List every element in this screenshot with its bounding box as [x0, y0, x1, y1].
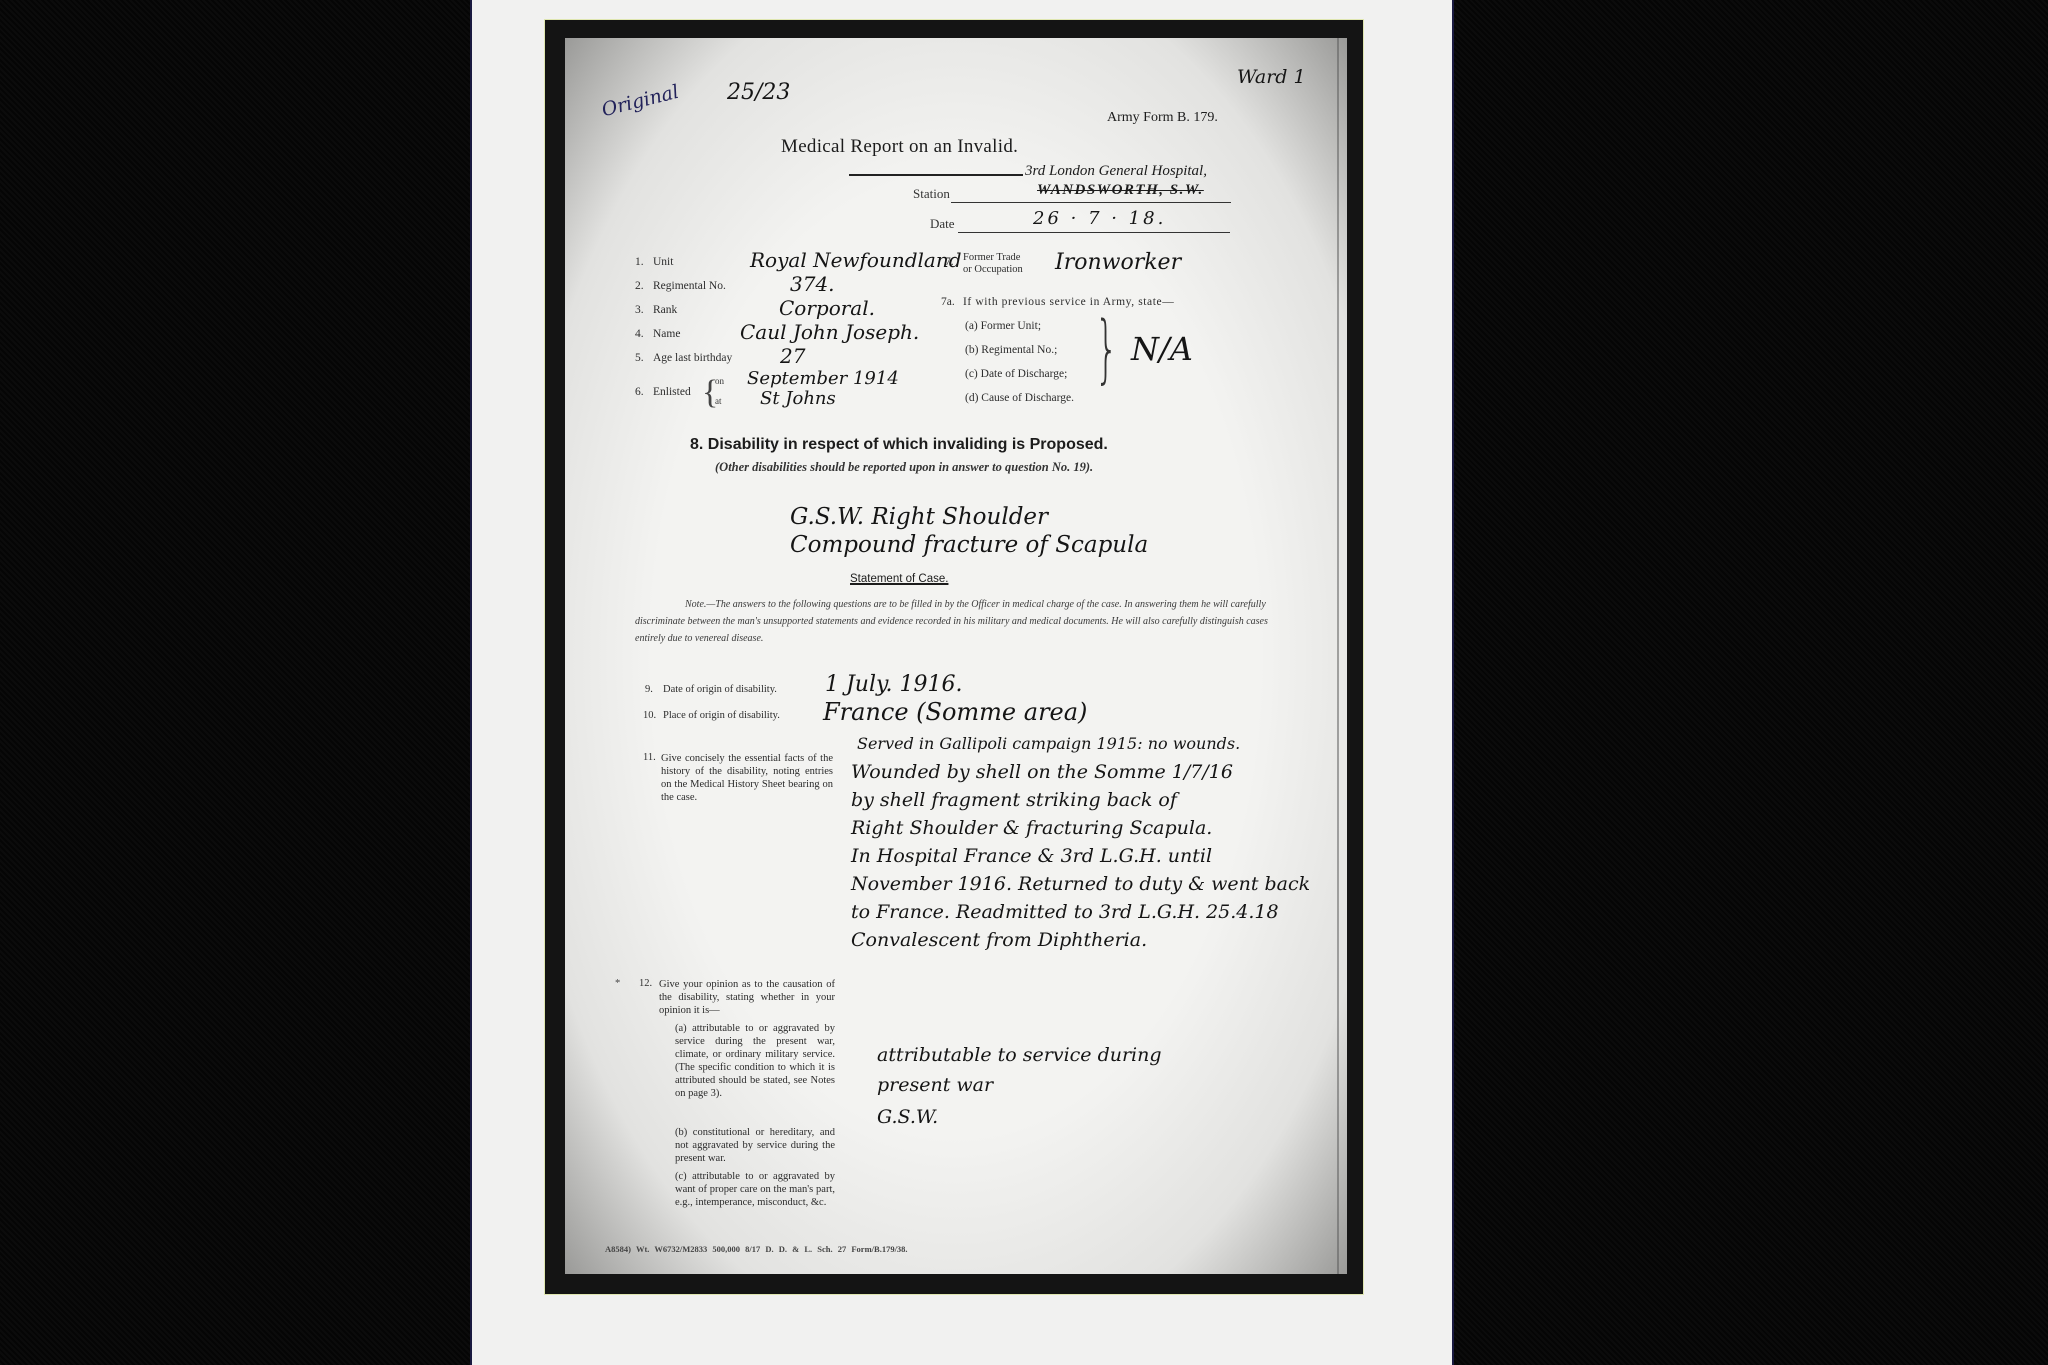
photocopy-frame: Original 25/23 Ward 1 Army Form B. 179. …	[545, 20, 1363, 1294]
q12-label: Give your opinion as to the causation of…	[659, 978, 835, 1017]
enlisted-at-label: at	[715, 396, 722, 406]
enlisted-at-value: St Johns	[760, 388, 836, 409]
q9-num: 9.	[645, 684, 653, 695]
field-unit-label: Unit	[653, 256, 673, 268]
annotation-ward: Ward 1	[1237, 66, 1306, 88]
enlisted-on-label: on	[715, 376, 724, 386]
field-rank-label: Rank	[653, 304, 677, 316]
field-regno-num: 2.	[635, 280, 644, 292]
field-age-label: Age last birthday	[653, 352, 732, 364]
q12-margin-mark: *	[615, 978, 620, 989]
form-number: Army Form B. 179.	[1107, 110, 1218, 126]
q10-label: Place of origin of disability.	[663, 710, 780, 721]
q11-label: Give concisely the essential facts of th…	[661, 752, 833, 804]
q10-value: France (Somme area)	[823, 698, 1087, 726]
prev-service-label: If with previous service in Army, state—	[963, 296, 1174, 308]
prev-item-a: (a) Former Unit;	[965, 320, 1041, 332]
history-line: to France. Readmitted to 3rd L.G.H. 25.4…	[851, 898, 1310, 926]
date-line	[958, 232, 1230, 233]
history-line: Served in Gallipoli campaign 1915: no wo…	[857, 730, 1310, 758]
statement-heading: Statement of Case.	[850, 573, 948, 585]
history-line: Right Shoulder & fracturing Scapula.	[851, 814, 1310, 842]
title-rule	[849, 174, 1023, 176]
enlisted-num: 6.	[635, 386, 644, 398]
field-rank-num: 3.	[635, 304, 644, 316]
statement-note: Note.—The answers to the following quest…	[635, 596, 1275, 647]
prev-item-b: (b) Regimental No.;	[965, 344, 1057, 356]
medical-report-form: Original 25/23 Ward 1 Army Form B. 179. …	[565, 38, 1347, 1274]
disability-heading: 8. Disability in respect of which invali…	[690, 436, 1108, 454]
prev-service-value: N/A	[1131, 330, 1193, 368]
form-title: Medical Report on an Invalid.	[781, 136, 1018, 158]
enlisted-label: Enlisted	[653, 386, 691, 398]
prev-service-brace: }	[1095, 306, 1119, 392]
field-unit-value: Royal Newfoundland	[750, 248, 962, 272]
station-value-line2: WANDSWORTH, S.W.	[1037, 182, 1204, 199]
enlisted-on-value: September 1914	[747, 368, 899, 389]
station-value-line1: 3rd London General Hospital,	[1025, 163, 1207, 180]
q12-option-c: (c) attributable to or aggravated by wan…	[675, 1170, 835, 1209]
field-age-value: 27	[780, 344, 805, 368]
station-label: Station	[913, 186, 950, 202]
field-unit-num: 1.	[635, 256, 644, 268]
paper-sheet: Original 25/23 Ward 1 Army Form B. 179. …	[472, 0, 1452, 1365]
q11-history-answer: Served in Gallipoli campaign 1915: no wo…	[851, 730, 1310, 954]
field-name-label: Name	[653, 328, 680, 340]
disability-value-line1: G.S.W. Right Shoulder	[790, 504, 1048, 530]
footer-print-line: A8584) Wt. W6732/M2833 500,000 8/17 D. D…	[605, 1244, 908, 1254]
date-label: Date	[930, 216, 955, 232]
prev-service-num: 7a.	[941, 296, 955, 308]
history-line: November 1916. Returned to duty & went b…	[851, 870, 1310, 898]
q9-label: Date of origin of disability.	[663, 684, 777, 695]
answer-line: attributable to service during	[877, 1040, 1162, 1070]
q12-option-a: (a) attributable to or aggravated by ser…	[675, 1022, 835, 1100]
history-line: Wounded by shell on the Somme 1/7/16	[851, 758, 1310, 786]
answer-line: present war	[877, 1070, 1162, 1100]
q12-num: 12.	[639, 978, 652, 989]
field-regno-label: Regimental No.	[653, 280, 726, 292]
q9-value: 1 July. 1916.	[825, 672, 963, 697]
q12-answer: attributable to service during present w…	[877, 1040, 1162, 1134]
q10-num: 10.	[643, 710, 656, 721]
date-value: 26 · 7 · 18.	[1033, 208, 1166, 229]
annotation-original: Original	[600, 81, 682, 121]
trade-label-1: Former Trade	[963, 252, 1020, 263]
history-line: Convalescent from Diphtheria.	[851, 926, 1310, 954]
field-name-num: 4.	[635, 328, 644, 340]
trade-value: Ironworker	[1055, 250, 1181, 275]
field-rank-value: Corporal.	[779, 296, 875, 320]
field-regno-value: 374.	[790, 272, 835, 296]
disability-value-line2: Compound fracture of Scapula	[790, 532, 1148, 558]
disability-subheading: (Other disabilities should be reported u…	[715, 460, 1093, 475]
field-name-value: Caul John Joseph.	[740, 320, 919, 344]
history-line: by shell fragment striking back of	[851, 786, 1310, 814]
q11-num: 11.	[643, 752, 656, 763]
history-line: In Hospital France & 3rd L.G.H. until	[851, 842, 1310, 870]
prev-item-d: (d) Cause of Discharge.	[965, 392, 1074, 404]
prev-item-c: (c) Date of Discharge;	[965, 368, 1067, 380]
answer-line: G.S.W.	[877, 1100, 1162, 1134]
trade-label-2: or Occupation	[963, 264, 1023, 275]
annotation-reference: 25/23	[727, 80, 790, 105]
trade-num: 7.	[945, 256, 954, 268]
station-line	[951, 202, 1231, 203]
q12-option-b: (b) constitutional or hereditary, and no…	[675, 1126, 835, 1165]
field-age-num: 5.	[635, 352, 644, 364]
